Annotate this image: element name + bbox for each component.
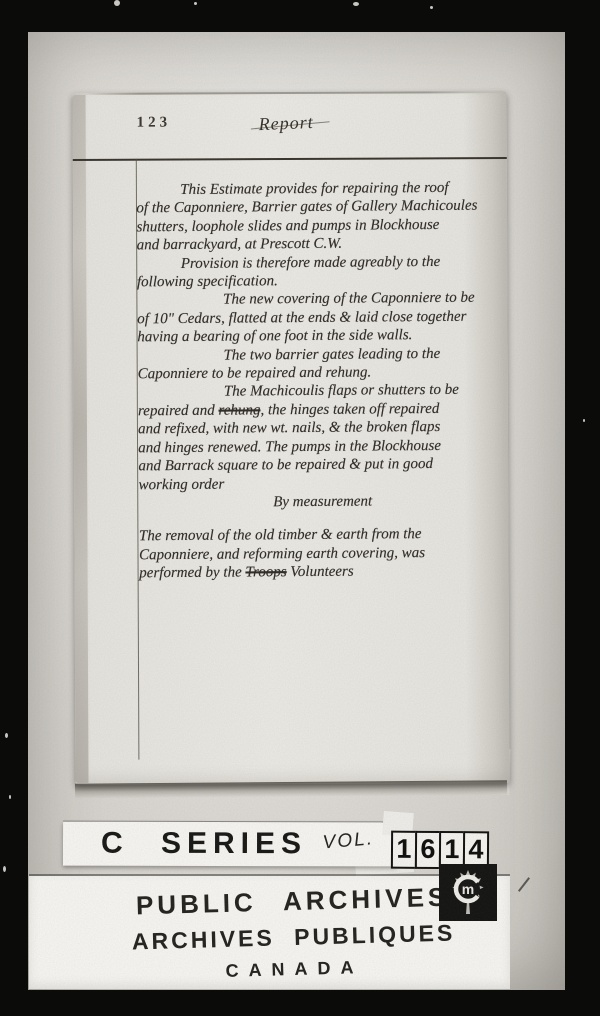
archives-label-line2: ARCHIVES PUBLIQUES [87, 918, 501, 957]
document-page: 123 Report This Estimate provides for re… [72, 91, 509, 785]
header-rule [73, 157, 507, 161]
page-number: 123 [137, 115, 172, 132]
manuscript-text: By measurement [273, 493, 372, 510]
manuscript: This Estimate provides for repairing the… [136, 178, 507, 582]
archives-label-line3: CANADA [88, 953, 501, 986]
manuscript-text: The Machicoulis flaps or shutters to be [224, 382, 459, 400]
manuscript-text: shutters, loophole slides and pumps in B… [136, 217, 439, 235]
page-binding-edge [73, 95, 89, 783]
manuscript-text: Provision is therefore made agreably to … [181, 254, 441, 272]
manuscript-text: of the Caponniere, Barrier gates of Gall… [136, 198, 477, 217]
manuscript-text: performed by the [139, 565, 245, 582]
manuscript-text: of 10" Cedars, flatted at the ends & lai… [137, 309, 466, 328]
manuscript-text: Volunteers [287, 564, 354, 581]
archives-label: PUBLIC ARCHIVES ARCHIVES PUBLIQUES CANAD… [29, 876, 510, 989]
film-speck [3, 866, 6, 872]
manuscript-text: following specification. [137, 273, 278, 290]
manuscript-struck-word: rehung [218, 402, 260, 418]
manuscript-text: working order [138, 476, 224, 493]
archives-label-line1: PUBLIC ARCHIVES [86, 880, 500, 923]
manuscript-text: having a bearing of one foot in the side… [137, 327, 412, 345]
manuscript-struck-word: Troops [245, 564, 286, 580]
volume-digit: 1 [391, 831, 417, 869]
manuscript-line: By measurement [139, 491, 507, 512]
film-speck [583, 419, 585, 422]
manuscript-text: and refixed, with new wt. nails, & the b… [138, 419, 440, 437]
manuscript-line: The Machicoulis flaps or shutters to be [138, 381, 506, 402]
film-speck [5, 733, 8, 738]
manuscript-text: and hinges renewed. The pumps in the Blo… [138, 438, 441, 456]
manuscript-line: of 10" Cedars, flatted at the ends & lai… [137, 307, 505, 328]
maple-leaf-monogram-icon: m [439, 864, 497, 921]
manuscript-line: of the Caponniere, Barrier gates of Gall… [136, 197, 504, 218]
film-speck [353, 2, 359, 6]
manuscript-text: The two barrier gates leading to the [223, 346, 440, 364]
microfilm-frame: { "page": { "number": "123", "title": "R… [0, 0, 600, 1016]
volume-digit: 6 [415, 831, 441, 869]
volume-annotation: VOL. [322, 828, 375, 854]
manuscript-text: The removal of the old timber & earth fr… [139, 526, 422, 544]
series-title: C SERIES [63, 827, 307, 862]
manuscript-text: , the hinges taken off repaired [260, 401, 439, 418]
manuscript-line: performed by the Troops Volunteers [139, 562, 507, 583]
film-speck [9, 795, 11, 799]
manuscript-text: and barrackyard, at Prescott C.W. [137, 236, 343, 254]
logo-monogram-letter: m [462, 881, 474, 897]
manuscript-text: Caponniere to be repaired and rehung. [138, 365, 372, 383]
film-speck [430, 6, 433, 9]
manuscript-text: repaired and [138, 403, 219, 420]
manuscript-text: The new covering of the Caponniere to be [223, 290, 475, 308]
manuscript-text: This Estimate provides for repairing the… [180, 180, 448, 198]
report-title: Report [258, 112, 314, 135]
film-speck [114, 0, 120, 6]
film-speck [194, 2, 197, 5]
manuscript-text: Caponniere, and reforming earth covering… [139, 545, 425, 563]
archives-canada-logo-icon: m [439, 864, 497, 921]
series-label-strip: C SERIES VOL. [63, 822, 397, 867]
manuscript-text: and Barrack square to be repaired & put … [138, 456, 433, 474]
